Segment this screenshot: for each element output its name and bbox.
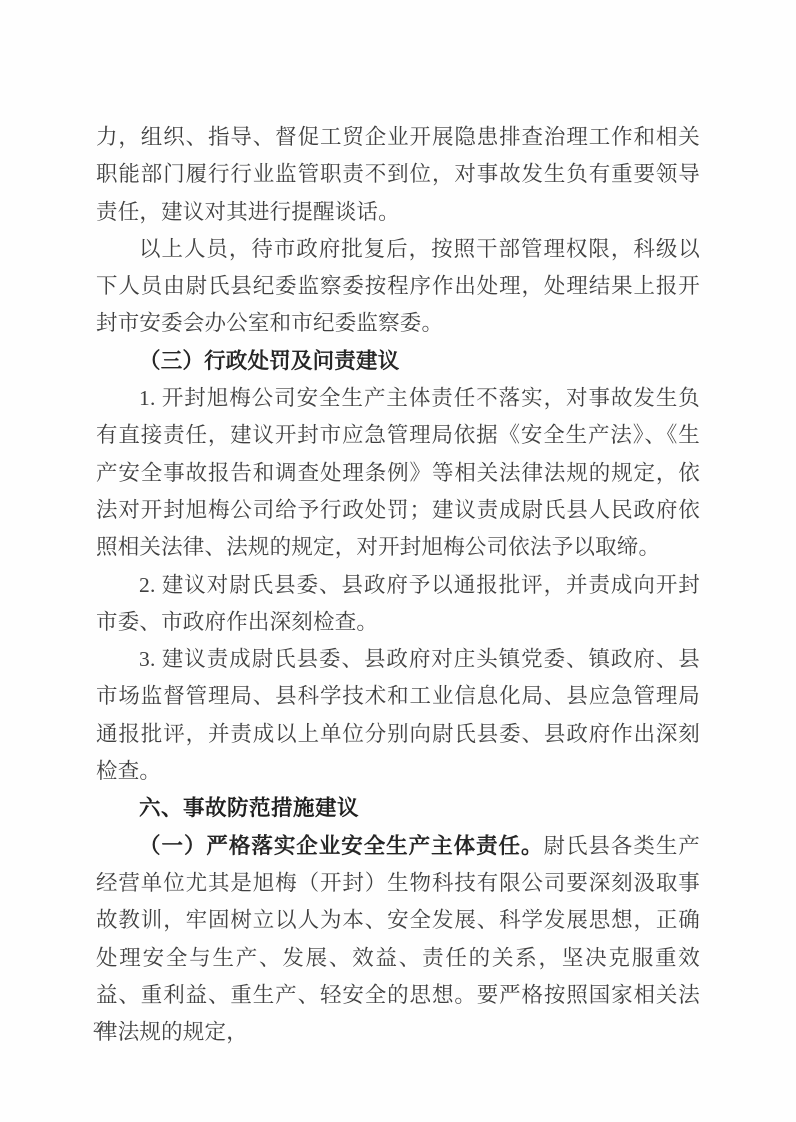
page-number: 20	[93, 1018, 108, 1038]
paragraph-measure-1-body: 尉氏县各类生产经营单位尤其是旭梅（开封）生物科技有限公司要深刻汲取事故教训，牢固…	[96, 834, 700, 1044]
paragraph-personnel-handling: 以上人员，待市政府批复后，按照干部管理权限，科级以下人员由尉氏县纪委监察委按程序…	[96, 231, 700, 343]
paragraph-recommendation-2: 2. 建议对尉氏县委、县政府予以通报批评，并责成向开封市委、市政府作出深刻检查。	[96, 567, 700, 642]
document-body: 力，组织、指导、督促工贸企业开展隐患排查治理工作和相关职能部门履行行业监管职责不…	[96, 119, 700, 1051]
paragraph-measure-1: （一）严格落实企业安全生产主体责任。尉氏县各类生产经营单位尤其是旭梅（开封）生物…	[96, 828, 700, 1052]
chapter-heading-prevention-measures: 六、事故防范措施建议	[96, 790, 700, 827]
paragraph-recommendation-3: 3. 建议责成尉氏县委、县政府对庄头镇党委、镇政府、县市场监督管理局、县科学技术…	[96, 641, 700, 790]
section-heading-administrative-penalty: （三）行政处罚及问责建议	[96, 343, 700, 380]
paragraph-accountability-continuation: 力，组织、指导、督促工贸企业开展隐患排查治理工作和相关职能部门履行行业监管职责不…	[96, 119, 700, 231]
paragraph-recommendation-1: 1. 开封旭梅公司安全生产主体责任不落实，对事故发生负有直接责任，建议开封市应急…	[96, 380, 700, 566]
document-page: 力，组织、指导、督促工贸企业开展隐患排查治理工作和相关职能部门履行行业监管职责不…	[0, 0, 796, 1122]
paragraph-measure-1-lead: （一）严格落实企业安全生产主体责任。	[139, 834, 543, 858]
